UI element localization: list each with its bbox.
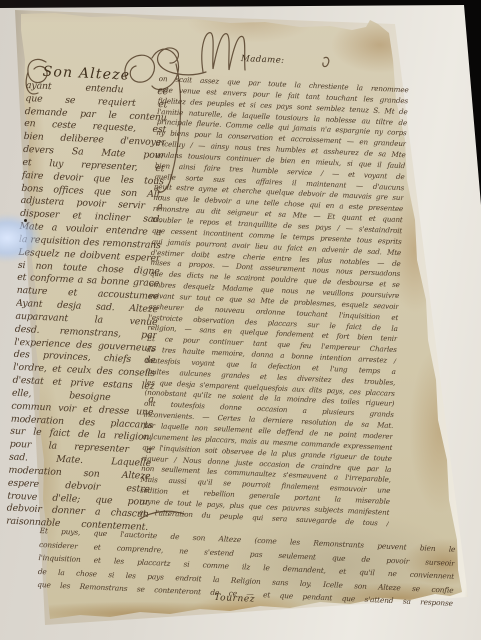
manuscript-ink-layer: Madame: on scait assez que par toute la …: [0, 0, 481, 640]
et-puys-flourish: [140, 511, 184, 519]
framed-manuscript-photo: Madame: on scait assez que par toute la …: [0, 0, 481, 640]
lens-glare: [0, 214, 42, 262]
small-p-mark: [323, 57, 329, 66]
dust-speck: [24, 219, 27, 222]
madame-initial-flourish: [202, 33, 245, 72]
son-initial-swash: [26, 59, 47, 94]
paraph-oval: [125, 55, 155, 82]
left-swash: [158, 48, 206, 75]
calligraphic-flourishes: [0, 0, 481, 640]
